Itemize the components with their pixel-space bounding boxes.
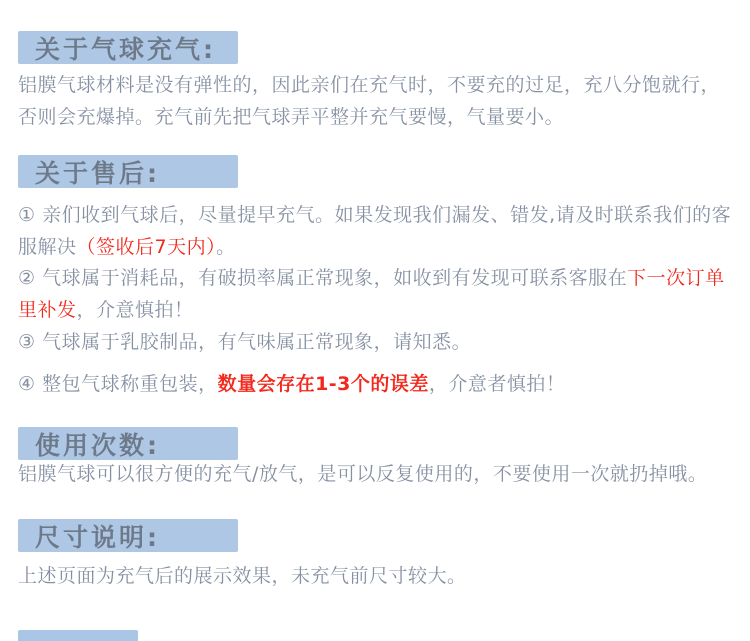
next-section-header-partial [18, 630, 138, 641]
after-sales-item-1-highlight: （签收后7天内） [77, 236, 217, 258]
product-description-page: 关于气球充气: 铝膜气球材料是没有弹性的，因此亲们在充气时，不要充的过足，充八分… [0, 0, 750, 641]
after-sales-item-2-tail: ，介意慎拍！ [77, 299, 194, 321]
section-header-after-sales: 关于售后: [18, 155, 238, 188]
after-sales-item-1: ① 亲们收到气球后，尽量提早充气。如果发现我们漏发、错发,请及时联系我们的客服解… [18, 199, 734, 263]
after-sales-item-4-text: ④ 整包气球称重包装， [18, 373, 218, 395]
after-sales-item-2-text: ② 气球属于消耗品，有破损率属正常现象，如收到有发现可联系客服在 [18, 267, 627, 289]
after-sales-item-3: ③ 气球属于乳胶制品，有气味属正常现象，请知悉。 [18, 326, 734, 358]
section-header-usage-label: 使用次数: [35, 426, 160, 462]
usage-paragraph: 铝膜气球可以很方便的充气/放气，是可以反复使用的，不要使用一次就扔掉哦。 [18, 458, 734, 490]
section-header-after-sales-label: 关于售后: [35, 154, 160, 190]
after-sales-item-4: ④ 整包气球称重包装，数量会存在1-3个的误差，介意者慎拍！ [18, 368, 734, 400]
section-header-usage: 使用次数: [18, 427, 238, 460]
after-sales-item-4-highlight: 数量会存在1-3个的误差 [218, 373, 429, 395]
section-header-inflation: 关于气球充气: [18, 31, 238, 64]
section-header-inflation-label: 关于气球充气: [35, 30, 216, 66]
section-header-size-label: 尺寸说明: [35, 518, 160, 554]
after-sales-item-1-tail: 。 [216, 236, 236, 258]
after-sales-item-3-text: ③ 气球属于乳胶制品，有气味属正常现象，请知悉。 [18, 331, 471, 353]
section-header-size: 尺寸说明: [18, 519, 238, 552]
after-sales-item-2: ② 气球属于消耗品，有破损率属正常现象，如收到有发现可联系客服在下一次订单里补发… [18, 262, 734, 326]
inflation-paragraph: 铝膜气球材料是没有弹性的，因此亲们在充气时，不要充的过足，充八分饱就行，否则会充… [18, 69, 734, 133]
size-paragraph: 上述页面为充气后的展示效果，未充气前尺寸较大。 [18, 560, 734, 592]
after-sales-item-4-tail: ，介意者慎拍！ [429, 373, 566, 395]
